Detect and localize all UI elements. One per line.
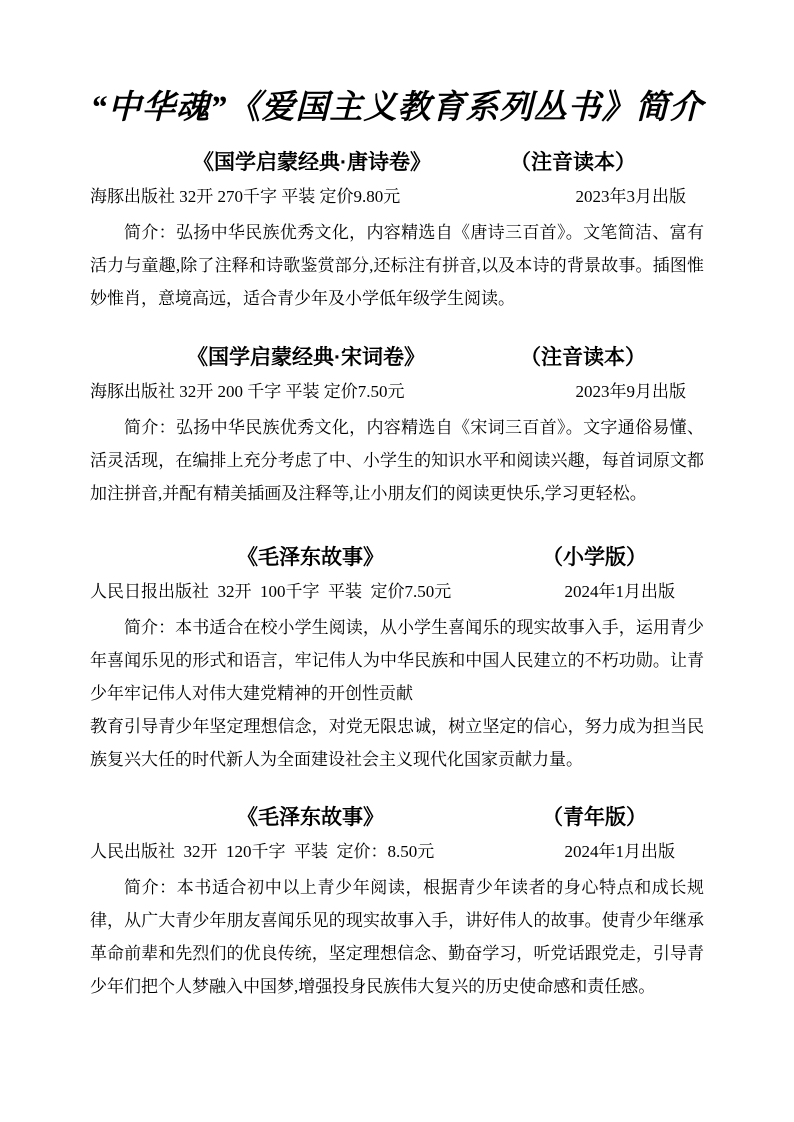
book-meta-line: 海豚出版社 32开 200 千字 平装 定价7.50元 2023年9月出版 bbox=[90, 379, 704, 405]
book-section-maozedong-youth: 《毛泽东故事》 （青年版） 人民出版社 32开 120千字 平装 定价：8.50… bbox=[90, 803, 704, 1003]
book-title: 《国学启蒙经典·唐诗卷》 bbox=[193, 148, 431, 178]
book-heading: 《国学启蒙经典·宋词卷》 （注音读本） bbox=[90, 343, 704, 373]
book-heading: 《国学启蒙经典·唐诗卷》 （注音读本） bbox=[90, 148, 704, 178]
book-title: 《毛泽东故事》 bbox=[237, 543, 384, 573]
publisher-info: 人民日报出版社 32开 100千字 平装 定价7.50元 bbox=[90, 579, 451, 605]
publish-date: 2023年3月出版 bbox=[576, 184, 687, 210]
book-edition-label: （注音读本） bbox=[520, 343, 646, 373]
publish-date: 2023年9月出版 bbox=[576, 379, 687, 405]
book-edition-label: （青年版） bbox=[542, 803, 647, 833]
document-title: “中华魂”《爱国主义教育系列丛书》简介 bbox=[90, 85, 704, 132]
publisher-info: 海豚出版社 32开 270千字 平装 定价9.80元 bbox=[90, 184, 400, 210]
publisher-info: 海豚出版社 32开 200 千字 平装 定价7.50元 bbox=[90, 379, 405, 405]
book-description-continued: 教育引导青少年坚定理想信念，对党无限忠诚，树立坚定的信心，努力成为担当民族复兴大… bbox=[90, 710, 704, 776]
book-description: 简介：本书适合在校小学生阅读，从小学生喜闻乐的现实故事入手，运用青少年喜闻乐见的… bbox=[90, 611, 704, 710]
book-meta-line: 海豚出版社 32开 270千字 平装 定价9.80元 2023年3月出版 bbox=[90, 184, 704, 210]
book-title: 《毛泽东故事》 bbox=[237, 803, 384, 833]
book-meta-line: 人民日报出版社 32开 100千字 平装 定价7.50元 2024年1月出版 bbox=[90, 579, 704, 605]
book-section-tangshi: 《国学启蒙经典·唐诗卷》 （注音读本） 海豚出版社 32开 270千字 平装 定… bbox=[90, 148, 704, 315]
book-description: 简介：弘扬中华民族优秀文化，内容精选自《唐诗三百首》。文笔简洁、富有活力与童趣,… bbox=[90, 216, 704, 315]
book-section-maozedong-primary: 《毛泽东故事》 （小学版） 人民日报出版社 32开 100千字 平装 定价7.5… bbox=[90, 543, 704, 776]
book-title: 《国学启蒙经典·宋词卷》 bbox=[187, 343, 425, 373]
book-section-songci: 《国学启蒙经典·宋词卷》 （注音读本） 海豚出版社 32开 200 千字 平装 … bbox=[90, 343, 704, 510]
publish-date: 2024年1月出版 bbox=[565, 579, 676, 605]
book-edition-label: （注音读本） bbox=[510, 148, 636, 178]
book-edition-label: （小学版） bbox=[542, 543, 647, 573]
publish-date: 2024年1月出版 bbox=[565, 839, 676, 865]
book-meta-line: 人民出版社 32开 120千字 平装 定价：8.50元 2024年1月出版 bbox=[90, 839, 704, 865]
book-heading: 《毛泽东故事》 （小学版） bbox=[90, 543, 704, 573]
book-description: 简介：弘扬中华民族优秀文化，内容精选自《宋词三百首》。文字通俗易懂、活灵活现，在… bbox=[90, 411, 704, 510]
book-description: 简介：本书适合初中以上青少年阅读，根据青少年读者的身心特点和成长规律，从广大青少… bbox=[90, 871, 704, 1003]
document-page: “中华魂”《爱国主义教育系列丛书》简介 《国学启蒙经典·唐诗卷》 （注音读本） … bbox=[0, 0, 794, 1122]
book-heading: 《毛泽东故事》 （青年版） bbox=[90, 803, 704, 833]
publisher-info: 人民出版社 32开 120千字 平装 定价：8.50元 bbox=[90, 839, 434, 865]
